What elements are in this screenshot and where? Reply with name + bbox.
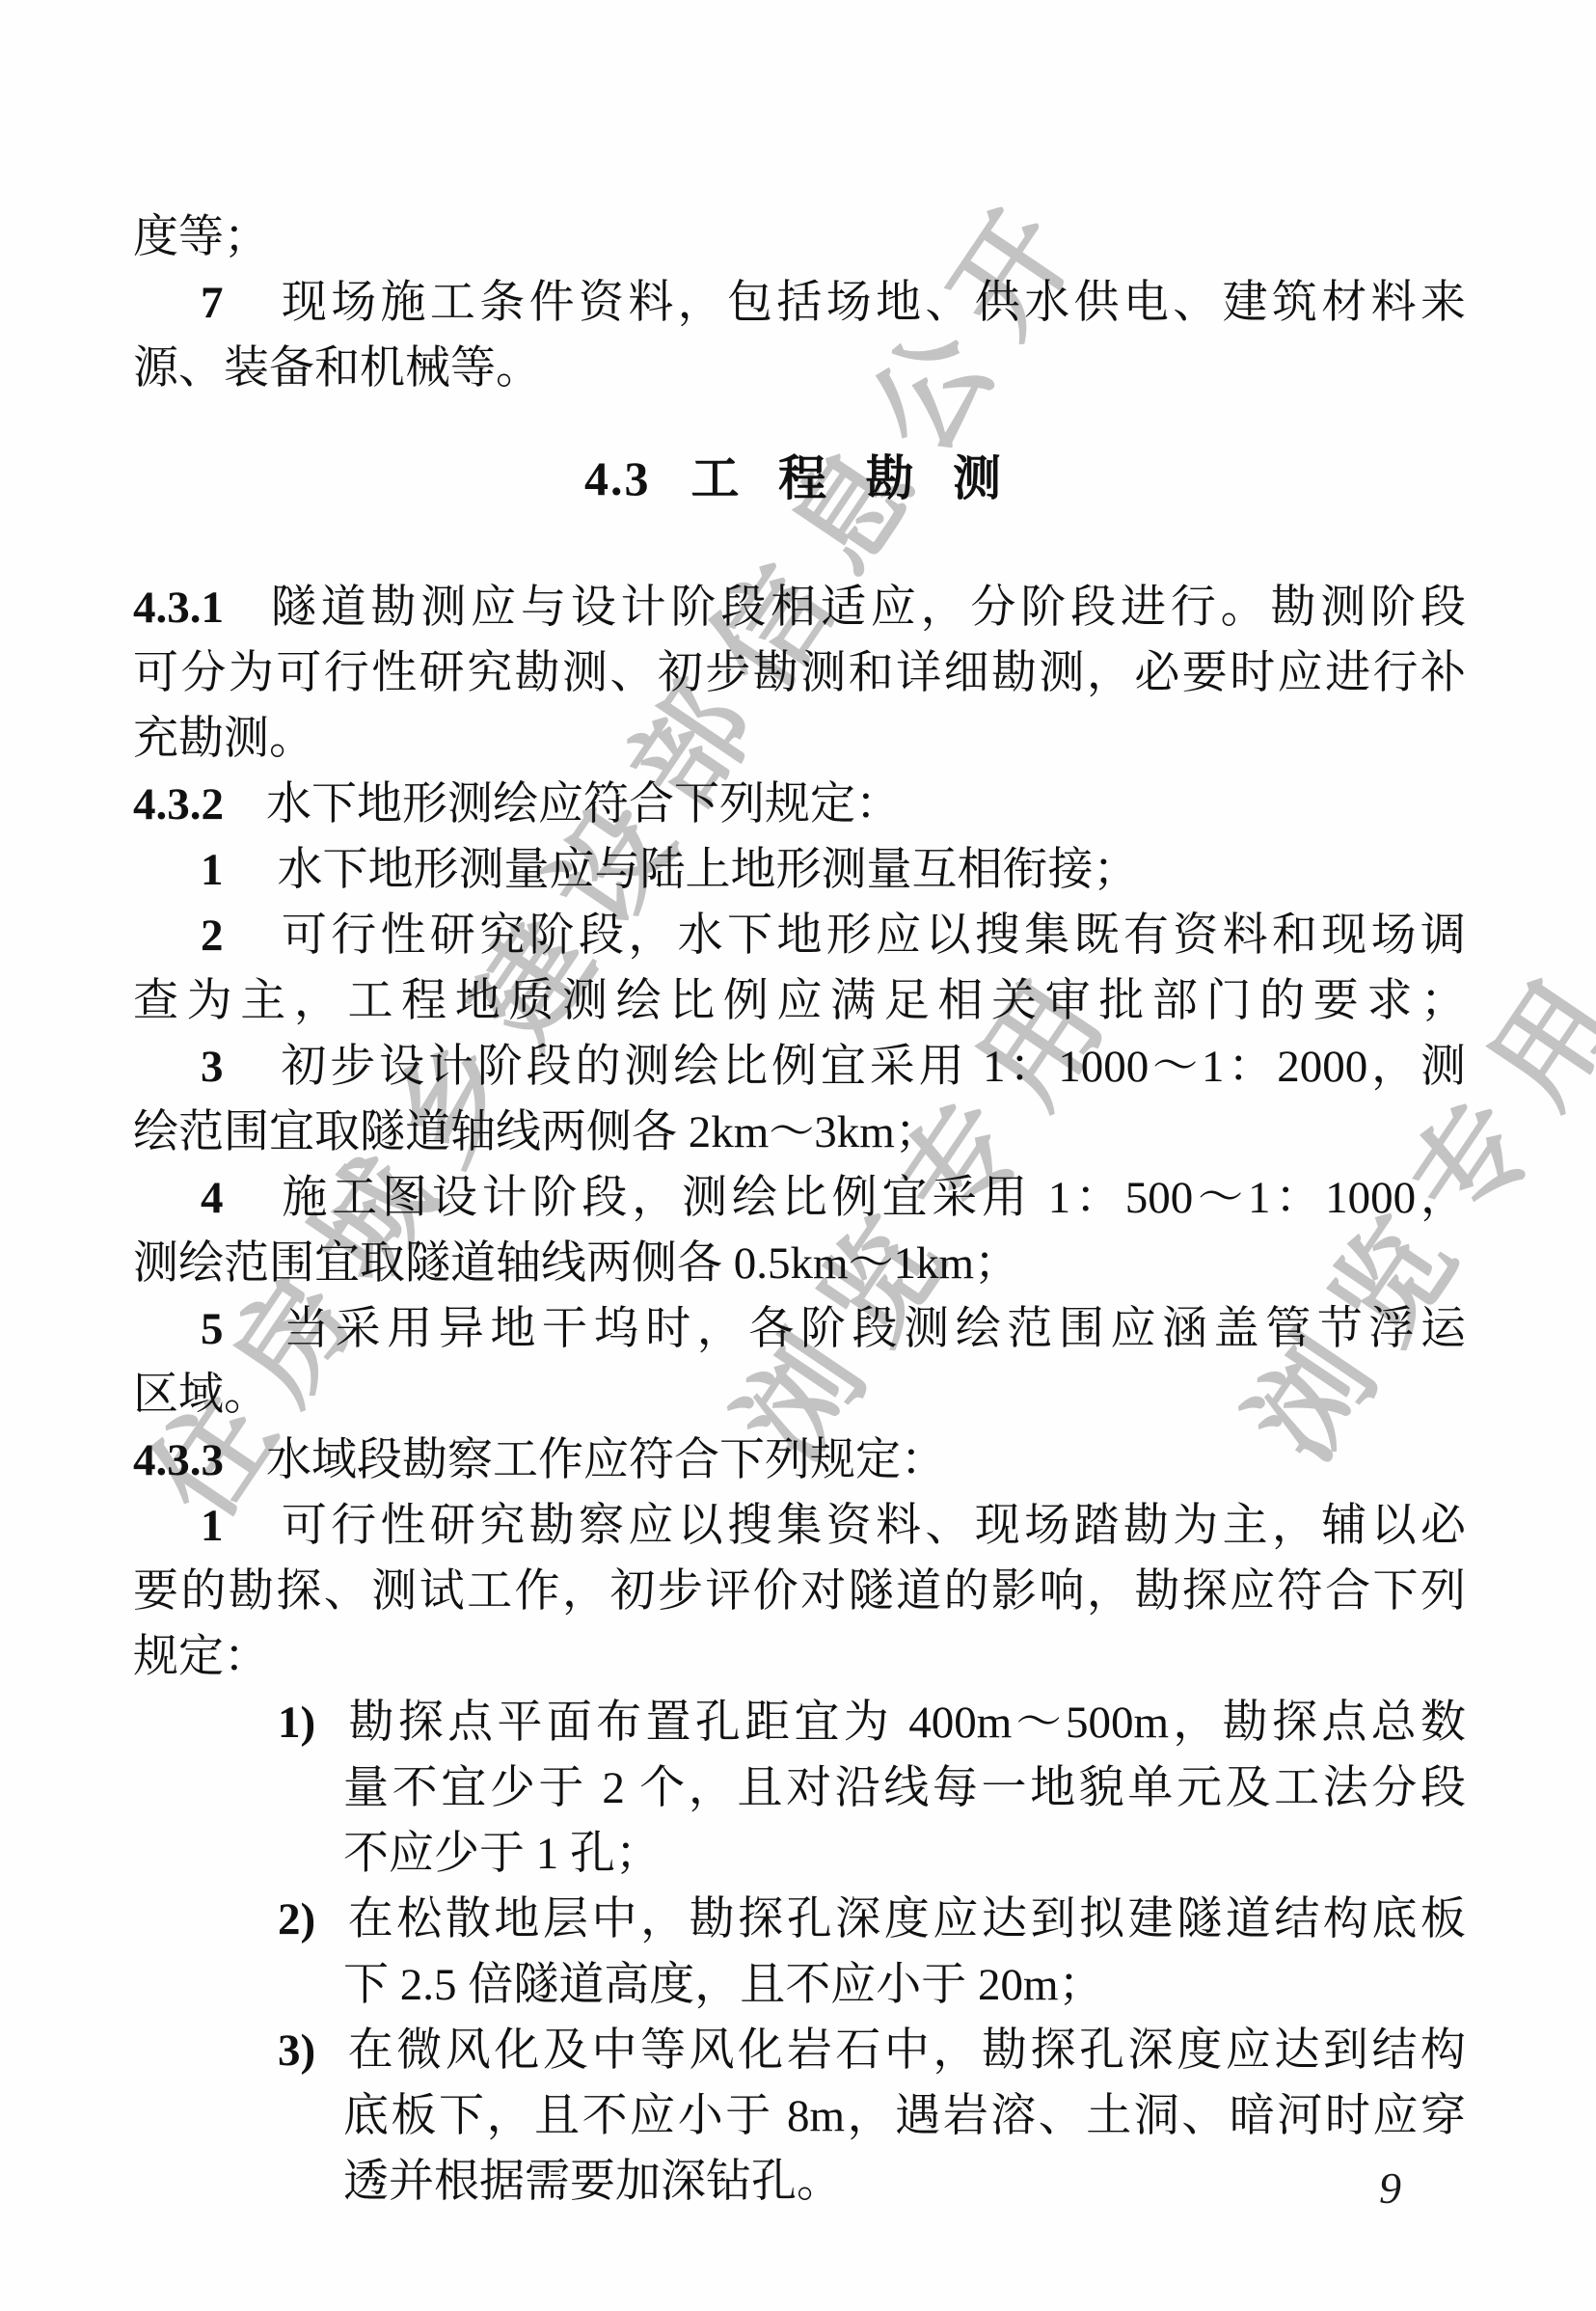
- item-number: 4: [201, 1173, 224, 1223]
- body-line: 充勘测。: [133, 706, 1466, 772]
- subitem-number: 3): [278, 2026, 315, 2076]
- page-number: 9: [1379, 2162, 1401, 2214]
- body-line: 底板下，且不应小于 8m，遇岩溶、土洞、暗河时应穿: [133, 2083, 1466, 2149]
- line-text: 现场施工条件资料，包括场地、供水供电、建筑材料来: [278, 278, 1467, 328]
- body-line: 下 2.5 倍隧道高度，且不应小于 20m；: [133, 1952, 1466, 2018]
- line-text: 量不宜少于 2 个，且对沿线每一地貌单元及工法分段: [343, 1763, 1466, 1813]
- line-text: 当采用异地干坞时，各阶段测绘范围应涵盖管节浮运: [278, 1304, 1467, 1354]
- list-item: 3初步设计阶段的测绘比例宜采用 1：1000～1：2000，测: [133, 1034, 1466, 1100]
- list-item: 2可行性研究阶段，水下地形应以搜集既有资料和现场调: [133, 903, 1466, 968]
- line-text: 可分为可行性研究勘测、初步勘测和详细勘测，必要时应进行补: [133, 648, 1466, 698]
- line-text: 绘范围宜取隧道轴线两侧各 2km～3km；: [133, 1107, 940, 1157]
- body-line: 源、装备和机械等。: [133, 336, 1466, 401]
- text-column: 度等； 7现场施工条件资料，包括场地、供水供电、建筑材料来 源、装备和机械等。 …: [133, 204, 1466, 2215]
- line-text: 测绘范围宜取隧道轴线两侧各 0.5km～1km；: [133, 1238, 1019, 1289]
- subitem-number: 1): [278, 1698, 315, 1748]
- list-item: 7现场施工条件资料，包括场地、供水供电、建筑材料来: [133, 270, 1466, 336]
- section-number: 4.3: [584, 451, 651, 505]
- line-text: 下 2.5 倍隧道高度，且不应小于 20m；: [343, 1960, 1104, 2010]
- list-item: 5当采用异地干坞时，各阶段测绘范围应涵盖管节浮运: [133, 1296, 1466, 1362]
- list-item: 1水下地形测量应与陆上地形测量互相衔接；: [133, 837, 1466, 903]
- line-text: 不应少于 1 孔；: [343, 1829, 661, 1879]
- line-text: 勘探点平面布置孔距宜为 400m～500m，勘探点总数: [344, 1698, 1466, 1748]
- item-number: 2: [201, 911, 224, 961]
- line-text: 规定：: [133, 1632, 269, 1682]
- clause-line: 4.3.1隧道勘测应与设计阶段相适应，分阶段进行。勘测阶段: [133, 575, 1466, 640]
- line-text: 初步设计阶段的测绘比例宜采用 1：1000～1：2000，测: [278, 1042, 1467, 1092]
- line-text: 充勘测。: [133, 714, 314, 764]
- line-text: 水域段勘察工作应符合下列规定：: [266, 1435, 946, 1485]
- body-line: 要的勘探、测试工作，初步评价对隧道的影响，勘探应符合下列: [133, 1559, 1466, 1624]
- line-text: 度等；: [133, 212, 269, 262]
- body-line: 透并根据需要加深钻孔。: [133, 2149, 1466, 2215]
- clause-number: 4.3.2: [133, 779, 224, 829]
- body-line: 不应少于 1 孔；: [133, 1821, 1466, 1887]
- section-heading: 4.3工 程 勘 测: [133, 445, 1466, 512]
- clause-number: 4.3.3: [133, 1435, 224, 1485]
- body-line: 绘范围宜取隧道轴线两侧各 2km～3km；: [133, 1100, 1466, 1165]
- list-item: 1可行性研究勘察应以搜集资料、现场踏勘为主，辅以必: [133, 1493, 1466, 1559]
- body-line: 测绘范围宜取隧道轴线两侧各 0.5km～1km；: [133, 1231, 1466, 1296]
- item-number: 3: [201, 1042, 224, 1092]
- body-line: 区域。: [133, 1362, 1466, 1427]
- line-text: 要的勘探、测试工作，初步评价对隧道的影响，勘探应符合下列: [133, 1566, 1466, 1617]
- line-text: 可行性研究勘察应以搜集资料、现场踏勘为主，辅以必: [278, 1501, 1467, 1551]
- line-text: 水下地形测量应与陆上地形测量互相衔接；: [278, 845, 1139, 895]
- clause-line: 4.3.2水下地形测绘应符合下列规定：: [133, 772, 1466, 837]
- line-text: 区域。: [133, 1370, 269, 1420]
- body-line: 度等；: [133, 204, 1466, 270]
- body-line: 规定：: [133, 1624, 1466, 1690]
- item-number: 7: [201, 278, 224, 328]
- subitem-number: 2): [278, 1894, 315, 1944]
- section-title: 工 程 勘 测: [691, 451, 1015, 505]
- line-text: 底板下，且不应小于 8m，遇岩溶、土洞、暗河时应穿: [343, 2091, 1466, 2141]
- line-text: 透并根据需要加深钻孔。: [343, 2157, 842, 2207]
- body-line: 查为主，工程地质测绘比例应满足相关审批部门的要求；: [133, 968, 1466, 1034]
- line-text: 源、装备和机械等。: [133, 343, 541, 394]
- clause-line: 4.3.3水域段勘察工作应符合下列规定：: [133, 1427, 1466, 1493]
- line-text: 隧道勘测应与设计阶段相适应，分阶段进行。勘测阶段: [266, 583, 1466, 633]
- item-number: 1: [201, 845, 224, 895]
- line-text: 在微风化及中等风化岩石中，勘探孔深度应达到结构: [344, 2026, 1466, 2076]
- item-number: 5: [201, 1304, 224, 1354]
- body-line: 量不宜少于 2 个，且对沿线每一地貌单元及工法分段: [133, 1755, 1466, 1821]
- item-number: 1: [201, 1501, 224, 1551]
- line-text: 可行性研究阶段，水下地形应以搜集既有资料和现场调: [278, 911, 1467, 961]
- clause-number: 4.3.1: [133, 583, 224, 633]
- body-line: 可分为可行性研究勘测、初步勘测和详细勘测，必要时应进行补: [133, 640, 1466, 706]
- document-page: 住房城乡建设部信息公开 浏览专用 浏览专用 度等； 7现场施工条件资料，包括场地…: [0, 0, 1596, 2311]
- line-text: 施工图设计阶段，测绘比例宜采用 1：500～1：1000，: [278, 1173, 1467, 1223]
- sub-list-item: 2)在松散地层中，勘探孔深度应达到拟建隧道结构底板: [133, 1887, 1466, 1952]
- sub-list-item: 3)在微风化及中等风化岩石中，勘探孔深度应达到结构: [133, 2018, 1466, 2083]
- sub-list-item: 1)勘探点平面布置孔距宜为 400m～500m，勘探点总数: [133, 1690, 1466, 1755]
- line-text: 水下地形测绘应符合下列规定：: [266, 779, 901, 829]
- line-text: 查为主，工程地质测绘比例应满足相关审批部门的要求；: [133, 976, 1466, 1026]
- list-item: 4施工图设计阶段，测绘比例宜采用 1：500～1：1000，: [133, 1165, 1466, 1231]
- line-text: 在松散地层中，勘探孔深度应达到拟建隧道结构底板: [344, 1894, 1466, 1944]
